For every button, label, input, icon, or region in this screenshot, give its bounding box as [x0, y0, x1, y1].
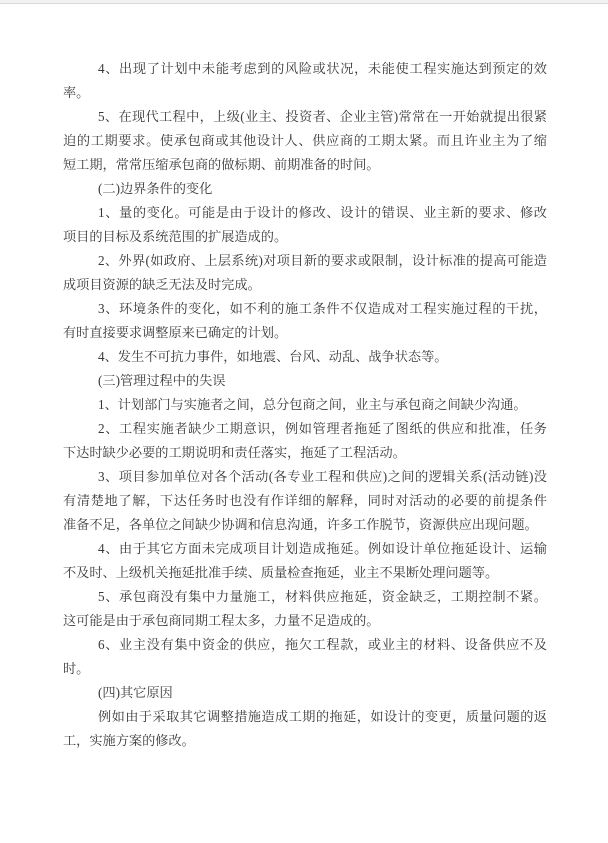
text-line-15: 1、计划部门与实施者之间，总分包商之间，业主与承包商之间缺少沟通。 — [63, 393, 547, 417]
text-line-2: 率。 — [63, 81, 547, 105]
text-line-4: 迫的工期要求。使承包商或其他设计人、供应商的工期太紧。而且许业主为了缩 — [63, 129, 547, 153]
text-line-14: (三)管理过程中的失误 — [63, 369, 547, 393]
document-page: 4、出现了计划中未能考虑到的风险或状况，未能使工程实施达到预定的效率。5、在现代… — [0, 0, 608, 753]
text-line-16: 2、工程实施者缺少工期意识，例如管理者拖延了图纸的供应和批准，任务 — [63, 417, 547, 441]
text-line-5: 短工期，常常压缩承包商的做标期、前期准备的时间。 — [63, 153, 547, 177]
text-line-11: 3、环境条件的变化，如不利的施工条件不仅造成对工程实施过程的干扰， — [63, 297, 547, 321]
text-line-9: 2、外界(如政府、上层系统)对项目新的要求或限制，设计标准的提高可能造 — [63, 249, 547, 273]
text-line-7: 1、量的变化。可能是由于设计的修改、设计的错误、业主新的要求、修改 — [63, 201, 547, 225]
text-line-10: 成项目资源的缺乏无法及时完成。 — [63, 273, 547, 297]
text-line-22: 不及时、上级机关拖延批准手续、质量检查拖延，业主不果断处理问题等。 — [63, 561, 547, 585]
text-line-18: 3、项目参加单位对各个活动(各专业工程和供应)之间的逻辑关系(活动链)没 — [63, 465, 547, 489]
text-line-19: 有清楚地了解，下达任务时也没有作详细的解释，同时对活动的必要的前提条件 — [63, 489, 547, 513]
document-text: 4、出现了计划中未能考虑到的风险或状况，未能使工程实施达到预定的效率。5、在现代… — [63, 57, 547, 753]
text-line-20: 准备不足，各单位之间缺少协调和信息沟通，许多工作脱节，资源供应出现问题。 — [63, 513, 547, 537]
text-line-24: 这可能是由于承包商同期工程太多，力量不足造成的。 — [63, 609, 547, 633]
text-line-27: (四)其它原因 — [63, 681, 547, 705]
text-line-26: 时。 — [63, 657, 547, 681]
text-line-21: 4、由于其它方面未完成项目计划造成拖延。例如设计单位拖延设计、运输 — [63, 537, 547, 561]
text-line-29: 工，实施方案的修改。 — [63, 729, 547, 753]
text-line-6: (二)边界条件的变化 — [63, 177, 547, 201]
text-line-25: 6、业主没有集中资金的供应，拖欠工程款，或业主的材料、设备供应不及 — [63, 633, 547, 657]
text-line-12: 有时直接要求调整原来已确定的计划。 — [63, 321, 547, 345]
text-line-17: 下达时缺少必要的工期说明和责任落实，拖延了工程活动。 — [63, 441, 547, 465]
top-border-strip — [0, 0, 608, 4]
text-line-8: 项目的目标及系统范围的扩展造成的。 — [63, 225, 547, 249]
text-line-1: 4、出现了计划中未能考虑到的风险或状况，未能使工程实施达到预定的效 — [63, 57, 547, 81]
text-line-28: 例如由于采取其它调整措施造成工期的拖延，如设计的变更，质量问题的返 — [63, 705, 547, 729]
text-line-3: 5、在现代工程中，上级(业主、投资者、企业主管)常常在一开始就提出很紧 — [63, 105, 547, 129]
text-line-13: 4、发生不可抗力事件，如地震、台风、动乱、战争状态等。 — [63, 345, 547, 369]
text-line-23: 5、承包商没有集中力量施工，材料供应拖延，资金缺乏，工期控制不紧。 — [63, 585, 547, 609]
